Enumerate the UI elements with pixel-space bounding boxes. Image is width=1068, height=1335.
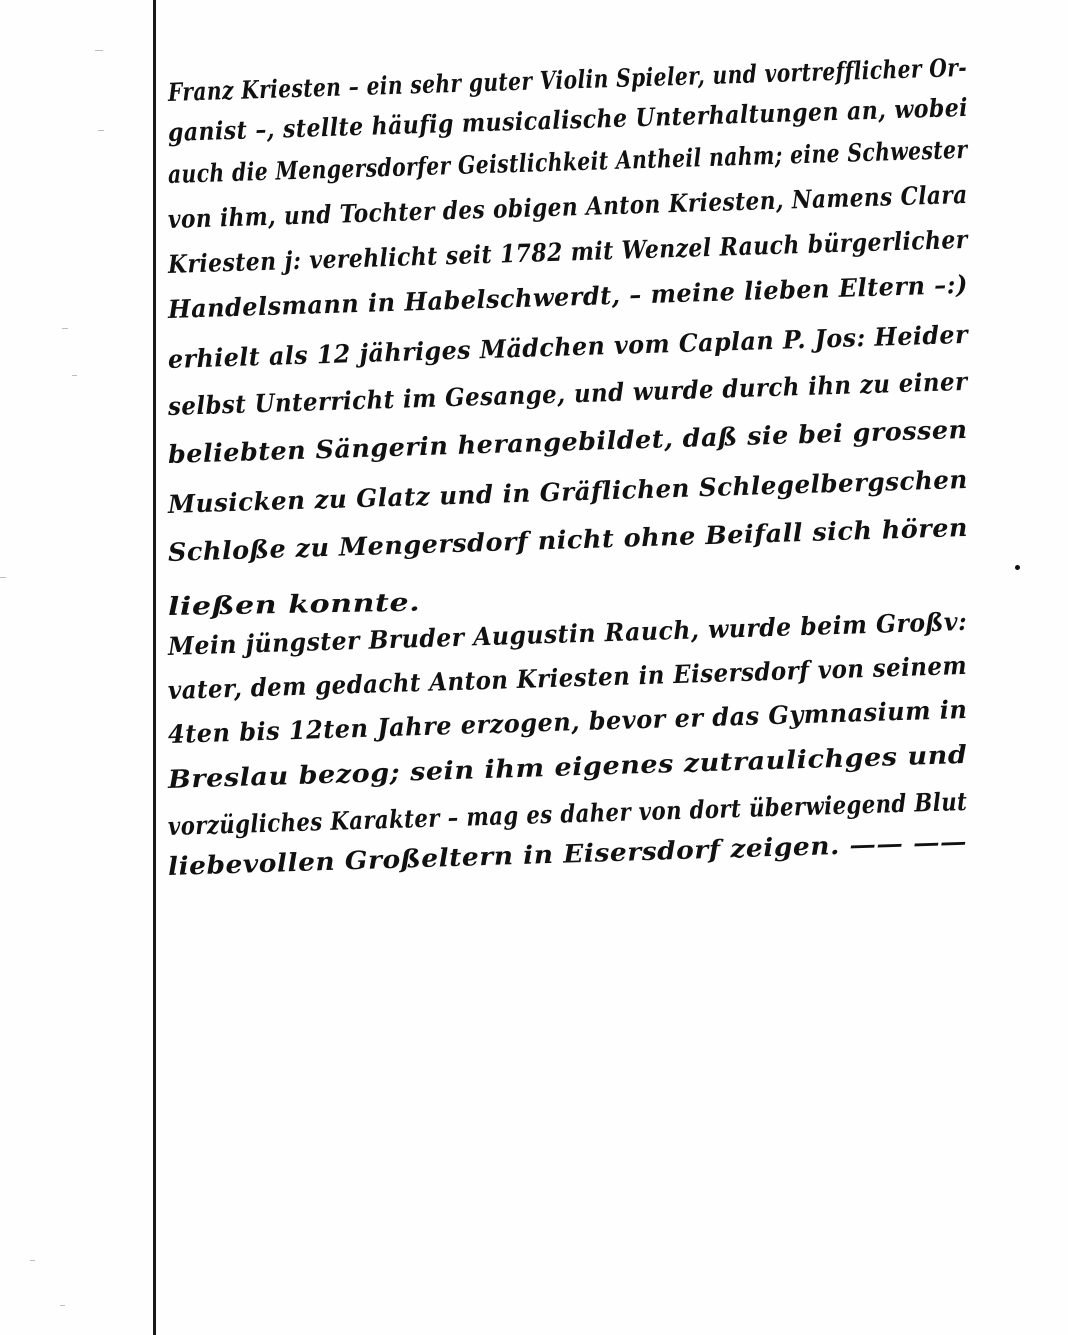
paper-speck: [72, 375, 77, 376]
manuscript-line-4: von ihm, und Tochter des obigen Anton Kr…: [168, 180, 968, 234]
paper-speck: [95, 50, 103, 51]
manuscript-line-11: Schloße zu Mengersdorf nicht ohne Beifal…: [168, 513, 969, 567]
manuscript-line-8: selbst Unterricht im Gesange, und wurde …: [168, 367, 968, 421]
manuscript-line-15: 4ten bis 12ten Jahre erzogen, bevor er d…: [168, 695, 968, 749]
manuscript-line-10: Musicken zu Glatz und in Gräflichen Schl…: [168, 465, 969, 519]
manuscript-line-12: ließen konnte.: [168, 588, 421, 621]
ink-dot: [1015, 565, 1020, 570]
manuscript-line-5: Kriesten j: verehlicht seit 1782 mit Wen…: [168, 225, 969, 279]
paper-speck: [60, 1305, 65, 1306]
manuscript-line-14: vater, dem gedacht Anton Kriesten in Eis…: [168, 651, 968, 705]
manuscript-line-16: Breslau bezog; sein ihm eigenes zutrauli…: [168, 740, 968, 794]
manuscript-line-7: erhielt als 12 jähriges Mädchen vom Capl…: [168, 320, 969, 374]
paper-speck: [62, 328, 68, 329]
paper-speck: [0, 577, 6, 578]
manuscript-line-9: beliebten Sängerin herangebildet, daß si…: [168, 415, 968, 469]
margin-rule: [153, 0, 156, 1335]
manuscript-page: Franz Kriesten – ein sehr guter Violin S…: [0, 0, 1068, 1335]
manuscript-line-6: Handelsmann in Habelschwerdt, – meine li…: [168, 270, 969, 324]
paper-speck: [30, 1260, 35, 1261]
paper-speck: [98, 130, 104, 131]
